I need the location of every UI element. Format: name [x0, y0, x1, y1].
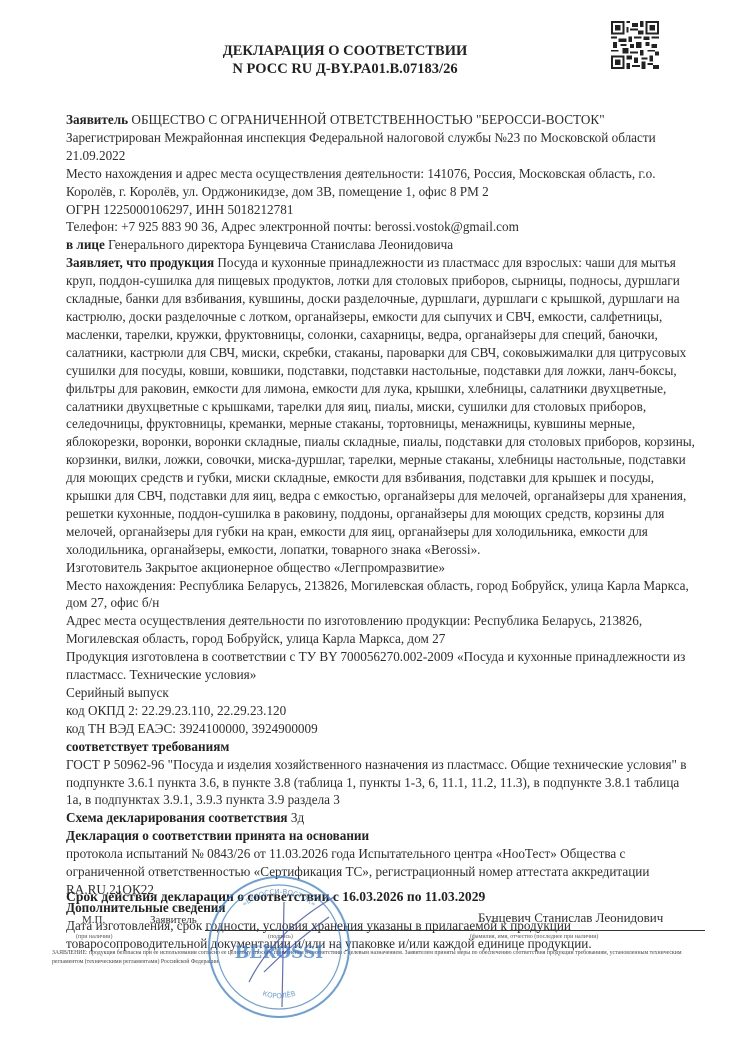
svg-text:КОРОЛЁВ: КОРОЛЁВ: [261, 989, 296, 1000]
signature-note: (подпись): [268, 934, 293, 940]
product-line: Заявляет, что продукция Посуда и кухонны…: [66, 254, 696, 558]
ogrn-inn: ОГРН 1225000106297, ИНН 5018212781: [66, 201, 696, 219]
made-per: Продукция изготовлена в соответствии с Т…: [66, 648, 696, 684]
declaration-title: ДЕКЛАРАЦИЯ О СООТВЕТСТВИИ N РОСС RU Д-BY…: [0, 42, 690, 78]
stamp-city: КОРОЛЁВ: [261, 989, 296, 1000]
applicant-line: Заявитель ОБЩЕСТВО С ОГРАНИЧЕННОЙ ОТВЕТС…: [66, 111, 696, 129]
tn-ved-code: код ТН ВЭД ЕАЭС: 3924100000, 3924900009: [66, 720, 696, 738]
represented-by: Генерального директора Бунцевича Станисл…: [105, 237, 453, 252]
product-label: Заявляет, что продукция: [66, 255, 214, 270]
signatory-name-note: (фамилия, имя, отчество (последнее при н…: [470, 934, 598, 940]
seal-label: М.П.: [82, 914, 105, 926]
applicant-address: Место нахождения и адрес места осуществл…: [66, 165, 696, 201]
seal-note: (при наличии): [76, 934, 113, 940]
applicant-label: Заявитель: [66, 112, 128, 127]
manufacturer: Изготовитель Закрытое акционерное общест…: [66, 559, 696, 577]
represented-label: в лице: [66, 237, 105, 252]
scheme-value: 3д: [288, 810, 305, 825]
basis-label: Декларация о соответствии принята на осн…: [66, 827, 696, 845]
signatory-name: Бунцевич Станислав Леонидович: [478, 910, 663, 926]
signature-applicant-label: Заявитель: [150, 914, 197, 926]
production-address: Адрес места осуществления деятельности п…: [66, 612, 696, 648]
registration: Зарегистрирован Межрайонная инспекция Фе…: [66, 129, 696, 165]
title-line-1: ДЕКЛАРАЦИЯ О СООТВЕТСТВИИ: [0, 42, 690, 60]
requirements-text: ГОСТ Р 50962-96 "Посуда и изделия хозяйс…: [66, 756, 696, 810]
declaration-body: Заявитель ОБЩЕСТВО С ОГРАНИЧЕННОЙ ОТВЕТС…: [66, 111, 696, 953]
statement: ЗАЯВЛЕНИЕ: продукция безопасна при ее ис…: [52, 949, 692, 966]
contacts: Телефон: +7 925 883 90 36, Адрес электро…: [66, 218, 696, 236]
manufacturer-address: Место нахождения: Республика Беларусь, 2…: [66, 577, 696, 613]
requirements-label: соответствует требованиям: [66, 738, 696, 756]
qr-code-icon: [611, 21, 659, 69]
applicant-name: ОБЩЕСТВО С ОГРАНИЧЕННОЙ ОТВЕТСТВЕННОСТЬЮ…: [128, 112, 604, 127]
represented-line: в лице Генерального директора Бунцевича …: [66, 236, 696, 254]
validity-period: Срок действия декларации о соответствии …: [66, 889, 706, 905]
signature-line: [205, 930, 705, 931]
okpd2-code: код ОКПД 2: 22.29.23.110, 22.29.23.120: [66, 702, 696, 720]
product-description: Посуда и кухонные принадлежности из плас…: [66, 255, 695, 557]
scheme-label: Схема декларирования соответствия: [66, 810, 288, 825]
declaration-number: N РОСС RU Д-BY.PA01.В.07183/26: [0, 60, 690, 78]
scheme-line: Схема декларирования соответствия 3д: [66, 809, 696, 827]
release-type: Серийный выпуск: [66, 684, 696, 702]
